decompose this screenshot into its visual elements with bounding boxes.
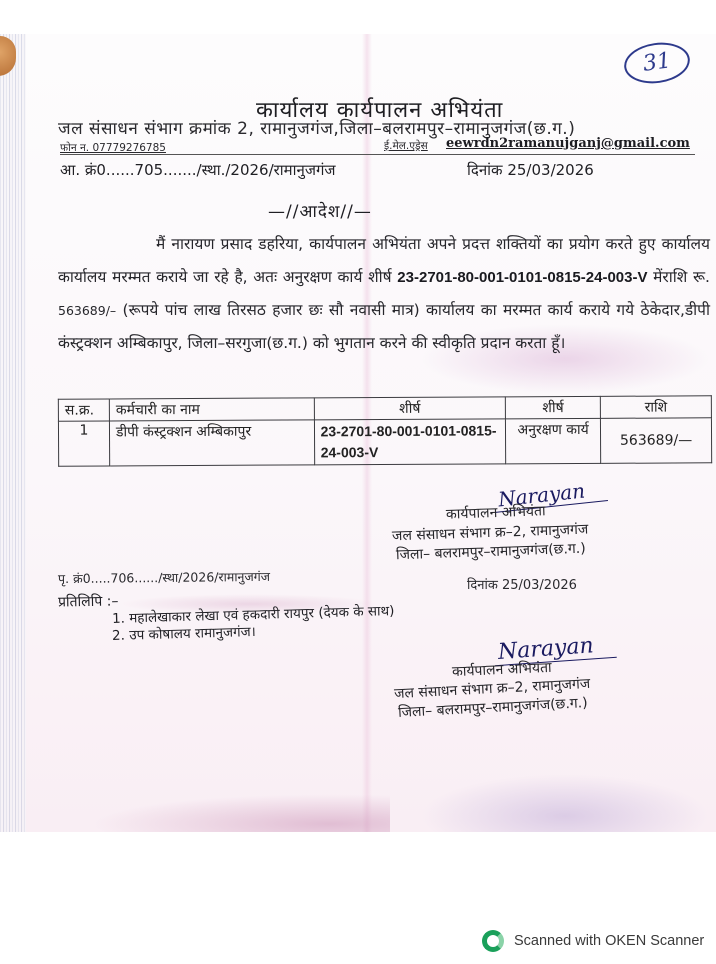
- order-body-part3: (रूपये पांच लाख तिरसठ हजार छः सौ नवासी म…: [58, 301, 710, 352]
- col-header-amount: राशि: [600, 396, 711, 419]
- cell-amount: 563689/—: [601, 418, 712, 464]
- col-header-head: शीर्ष: [506, 396, 601, 418]
- order-heading: —//आदेश//—: [268, 199, 372, 222]
- reference-date: दिनांक 25/03/2026: [467, 160, 594, 180]
- table-row: 1 डीपी कंस्ट्रक्शन अम्बिकापुर 23-2701-80…: [58, 418, 711, 466]
- col-header-serial: स.क्र.: [58, 399, 109, 421]
- scanner-watermark-text: Scanned with OKEN Scanner: [514, 933, 704, 949]
- cell-name: डीपी कंस्ट्रक्शन अम्बिकापुर: [109, 420, 314, 466]
- signatory-title-1: कार्यपालन अभियंता: [446, 502, 546, 524]
- copy-to-label: प्रतिलिपि :–: [58, 591, 119, 611]
- oken-scanner-logo-icon: [482, 930, 504, 952]
- paper-edge-shadow: [0, 34, 26, 832]
- cell-head: अनुरक्षण कार्य: [506, 418, 601, 463]
- col-header-name: कर्मचारी का नाम: [109, 398, 314, 421]
- paper-stain: [420, 774, 710, 832]
- sanctioned-amount: 563689/–: [58, 303, 116, 318]
- payment-table: स.क्र. कर्मचारी का नाम शीर्ष शीर्ष राशि …: [58, 395, 712, 466]
- copy-reference: पृ. क्रं0.....706....../स्था/2026/रामानु…: [58, 568, 270, 587]
- cell-head-code: 23-2701-80-001-0101-0815-24-003-V: [314, 419, 506, 465]
- order-body: मैं नारायण प्रसाद डहरिया, कार्यपालन अभिय…: [58, 228, 710, 360]
- email-label: ई.मेल.एड्रेस: [384, 139, 428, 153]
- header-divider: [60, 154, 695, 155]
- order-body-part2: मेंराशि रू.: [653, 268, 710, 286]
- budget-head-code: 23-2701-80-001-0101-0815-24-003-V: [397, 269, 647, 286]
- scanner-watermark: Scanned with OKEN Scanner: [482, 930, 704, 952]
- copy-date: दिनांक 25/03/2026: [467, 575, 577, 593]
- paper-stain: [90, 794, 390, 832]
- phone-number: फोन न. 07779276785: [60, 141, 166, 155]
- email-address: eewrdn2ramanujganj@gmail.com: [446, 136, 690, 151]
- reference-number: आ. क्रं0......705......./स्था./2026/रामा…: [60, 160, 336, 180]
- col-header-head-code: शीर्ष: [314, 397, 506, 420]
- cell-serial: 1: [58, 421, 109, 466]
